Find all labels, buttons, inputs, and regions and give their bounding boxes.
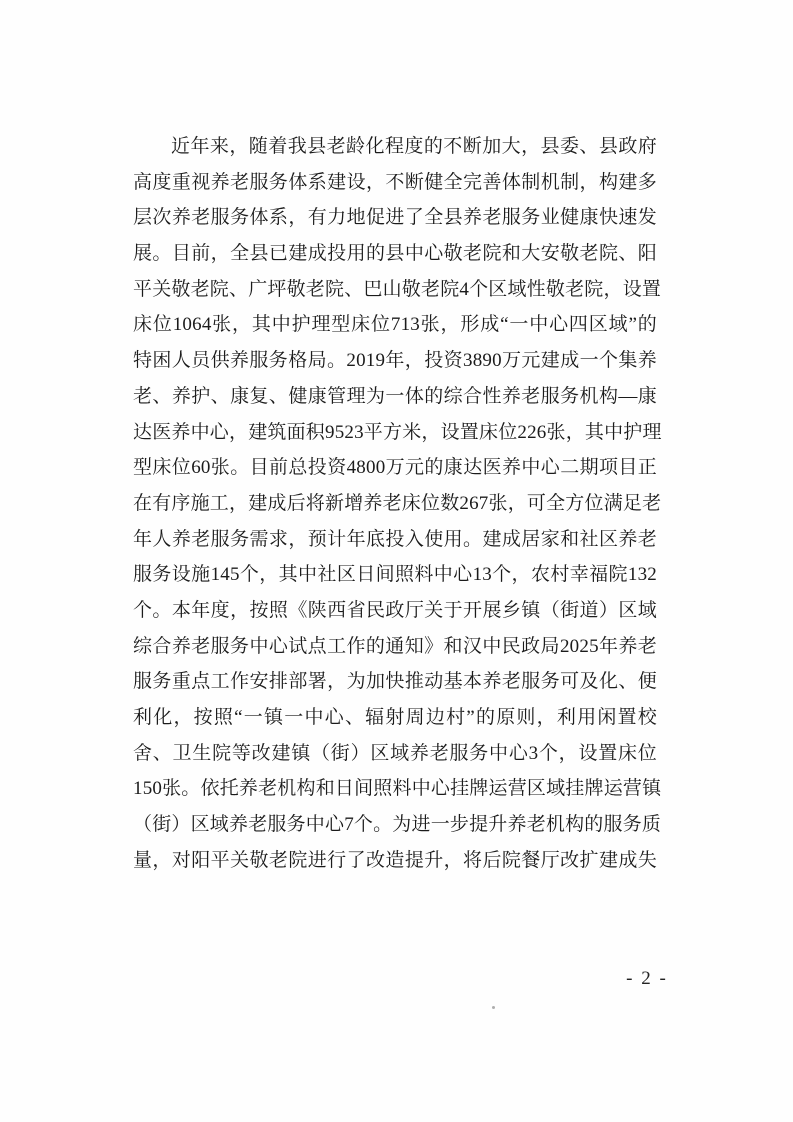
paragraph-line: 服务重点工作安排部署，为加快推动基本养老服务可及化、便 [133,664,657,700]
paragraph-line: 展。目前，全县已建成投用的县中心敬老院和大安敬老院、阳 [133,236,657,272]
scan-artifact-dot [492,1006,495,1009]
paragraph-line: 老、养护、康复、健康管理为一体的综合性养老服务机构—康 [133,379,657,415]
paragraph-line: 层次养老服务体系，有力地促进了全县养老服务业健康快速发 [133,200,657,236]
page-number: - 2 - [600,968,694,990]
paragraph-line: 年人养老服务需求，预计年底投入使用。建成居家和社区养老 [133,522,657,558]
paragraph-line: 高度重视养老服务体系建设，不断健全完善体制机制，构建多 [133,165,657,201]
paragraph-body: 近年来，随着我县老龄化程度的不断加大，县委、县政府 高度重视养老服务体系建设，不… [133,129,657,878]
paragraph-line: 达医养中心，建筑面积9523平方米，设置床位226张，其中护理 [133,415,657,451]
paragraph-line: 个。本年度，按照《陕西省民政厅关于开展乡镇（街道）区域 [133,593,657,629]
paragraph-line: 平关敬老院、广坪敬老院、巴山敬老院4个区域性敬老院，设置 [133,272,657,308]
paragraph-line: 近年来，随着我县老龄化程度的不断加大，县委、县政府 [133,129,657,165]
paragraph-line: 床位1064张，其中护理型床位713张，形成“一中心四区域”的 [133,307,657,343]
paragraph-line: （街）区域养老服务中心7个。为进一步提升养老机构的服务质 [133,807,657,843]
paragraph-line: 量，对阳平关敬老院进行了改造提升，将后院餐厅改扩建成失 [133,843,657,879]
paragraph-line: 利化，按照“一镇一中心、辐射周边村”的原则，利用闲置校 [133,700,657,736]
paragraph-line: 舍、卫生院等改建镇（街）区域养老服务中心3个，设置床位 [133,736,657,772]
paragraph-line: 综合养老服务中心试点工作的通知》和汉中民政局2025年养老 [133,629,657,665]
paragraph-line: 特困人员供养服务格局。2019年，投资3890万元建成一个集养 [133,343,657,379]
paragraph-line: 在有序施工，建成后将新增养老床位数267张，可全方位满足老 [133,486,657,522]
paragraph-line: 服务设施145个，其中社区日间照料中心13个，农村幸福院132 [133,557,657,593]
paragraph-line: 150张。依托养老机构和日间照料中心挂牌运营区域挂牌运营镇 [133,771,657,807]
document-page: 近年来，随着我县老龄化程度的不断加大，县委、县政府 高度重视养老服务体系建设，不… [0,0,793,1122]
paragraph-line: 型床位60张。目前总投资4800万元的康达医养中心二期项目正 [133,450,657,486]
